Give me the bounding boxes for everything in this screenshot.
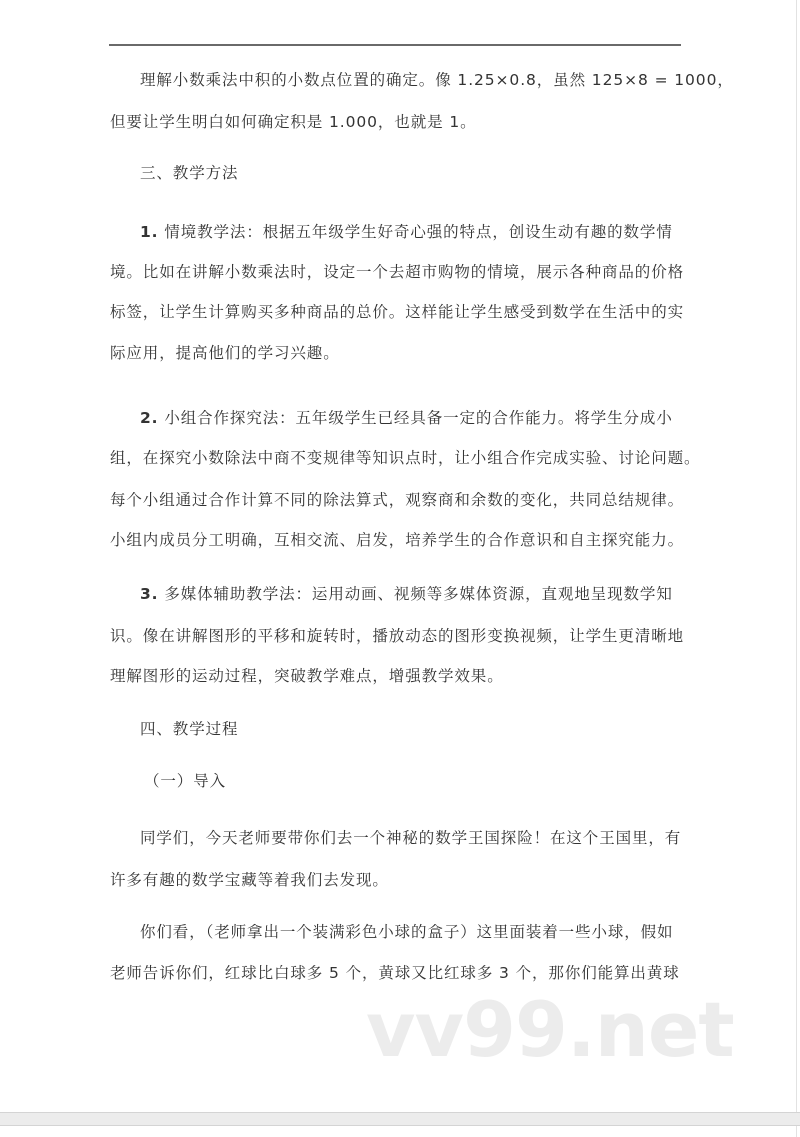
page-separator [0, 1112, 800, 1126]
watermark: vv99.net [366, 990, 734, 1070]
intro-paragraph-2-line-1: 你们看，（老师拿出一个装满彩色小球的盒子）这里面装着一些小球，假如 [140, 922, 690, 942]
intro-paragraph-1-line-1: 同学们，今天老师要带你们去一个神秘的数学王国探险！在这个王国里，有 [140, 828, 690, 848]
intro-paragraph-1-line-2: 许多有趣的数学宝藏等着我们去发现。 [110, 870, 690, 890]
section4-subheading: （一）导入 [144, 771, 724, 791]
method-3-line-2: 识。像在讲解图形的平移和旋转时，播放动态的图形变换视频，让学生更清晰地 [110, 626, 690, 646]
method-2-line-1: 2. 小组合作探究法：五年级学生已经具备一定的合作能力。将学生分成小 [140, 408, 690, 428]
method-3-line-3: 理解图形的运动过程，突破教学难点，增强教学效果。 [110, 666, 690, 686]
method-1-line-4: 际应用，提高他们的学习兴趣。 [110, 343, 690, 363]
method-2-line-2: 组，在探究小数除法中商不变规律等知识点时，让小组合作完成实验、讨论问题。 [110, 448, 690, 468]
intro-line-2: 但要让学生明白如何确定积是 1.000，也就是 1。 [110, 112, 690, 132]
method-1-line-3: 标签，让学生计算购买多种商品的总价。这样能让学生感受到数学在生活中的实 [110, 302, 690, 322]
method-3-number: 3. [140, 585, 158, 603]
method-3-line-1: 3. 多媒体辅助教学法：运用动画、视频等多媒体资源，直观地呈现数学知 [140, 584, 690, 604]
section3-heading: 三、教学方法 [140, 163, 720, 183]
method-2-number: 2. [140, 409, 158, 427]
document-page: 理解小数乘法中积的小数点位置的确定。像 1.25×0.8，虽然 125×8 = … [0, 0, 797, 1112]
section4-heading: 四、教学过程 [140, 719, 720, 739]
next-page-top [0, 1126, 797, 1137]
intro-line-1: 理解小数乘法中积的小数点位置的确定。像 1.25×0.8，虽然 125×8 = … [140, 70, 690, 90]
method-2-line-4: 小组内成员分工明确，互相交流、启发，培养学生的合作意识和自主探究能力。 [110, 530, 690, 550]
method-1-line-1: 1. 情境教学法：根据五年级学生好奇心强的特点，创设生动有趣的数学情 [140, 222, 690, 242]
method-2-line-3: 每个小组通过合作计算不同的除法算式，观察商和余数的变化，共同总结规律。 [110, 490, 690, 510]
header-rule [109, 44, 681, 46]
method-1-number: 1. [140, 223, 158, 241]
method-1-line-2: 境。比如在讲解小数乘法时，设定一个去超市购物的情境，展示各种商品的价格 [110, 262, 690, 282]
intro-paragraph-2-line-2: 老师告诉你们，红球比白球多 5 个，黄球又比红球多 3 个，那你们能算出黄球 [110, 963, 690, 983]
